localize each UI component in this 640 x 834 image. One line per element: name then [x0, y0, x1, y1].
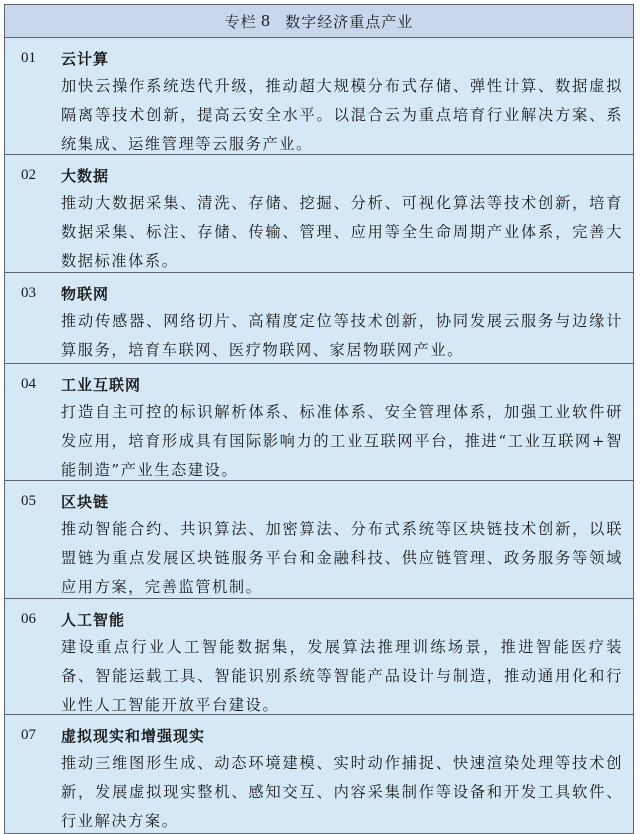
- row-number: 03: [21, 285, 61, 302]
- row-title: 人工智能: [61, 609, 125, 630]
- table-row-industrial-internet: 04 工业互联网 打造自主可控的标识解析体系、标准体系、安全管理体系，加强工业软…: [5, 364, 633, 481]
- row-title: 区块链: [61, 491, 109, 512]
- table-row-cloud: 01 云计算 加快云操作系统迭代升级，推动超大规模分布式存储、弹性计算、数据虚拟…: [5, 38, 633, 155]
- row-body: 打造自主可控的标识解析体系、标准体系、安全管理体系，加强工业软件研发应用，培育形…: [61, 398, 623, 485]
- header-label: 专栏: [225, 11, 257, 32]
- row-body: 加快云操作系统迭代升级，推动超大规模分布式存储、弹性计算、数据虚拟隔离等技术创新…: [61, 72, 623, 159]
- table-row-vr-ar: 07 虚拟现实和增强现实 推动三维图形生成、动态环境建模、实时动作捕捉、快速渲染…: [5, 715, 633, 833]
- row-title: 大数据: [61, 165, 109, 186]
- row-body: 推动大数据采集、清洗、存储、挖掘、分析、可视化算法等技术创新，培育数据采集、标注…: [61, 189, 623, 276]
- row-number: 01: [21, 50, 61, 67]
- row-title: 云计算: [61, 48, 109, 69]
- header-title: 数字经济重点产业: [285, 11, 413, 32]
- industry-table: 专栏 8 数字经济重点产业 01 云计算 加快云操作系统迭代升级，推动超大规模分…: [4, 4, 634, 834]
- row-number: 05: [21, 493, 61, 510]
- header-number: 8: [261, 12, 272, 30]
- row-body: 推动三维图形生成、动态环境建模、实时动作捕捉、快速渲染处理等技术创新，发展虚拟现…: [61, 749, 623, 834]
- row-title: 虚拟现实和增强现实: [61, 725, 205, 746]
- table-row-iot: 03 物联网 推动传感器、网络切片、高精度定位等技术创新，协同发展云服务与边缘计…: [5, 273, 633, 364]
- row-body: 推动传感器、网络切片、高精度定位等技术创新，协同发展云服务与边缘计算服务，培育车…: [61, 307, 623, 365]
- row-number: 04: [21, 376, 61, 393]
- row-number: 06: [21, 611, 61, 628]
- row-body: 推动智能合约、共识算法、加密算法、分布式系统等区块链技术创新，以联盟链为重点发展…: [61, 515, 623, 602]
- table-row-big-data: 02 大数据 推动大数据采集、清洗、存储、挖掘、分析、可视化算法等技术创新，培育…: [5, 155, 633, 273]
- table-row-ai: 06 人工智能 建设重点行业人工智能数据集，发展算法推理训练场景，推进智能医疗装…: [5, 599, 633, 715]
- row-number: 02: [21, 167, 61, 184]
- row-number: 07: [21, 727, 61, 744]
- table-header: 专栏 8 数字经济重点产业: [5, 5, 633, 38]
- row-body: 建设重点行业人工智能数据集，发展算法推理训练场景，推进智能医疗装备、智能运载工具…: [61, 633, 623, 720]
- row-title: 物联网: [61, 283, 109, 304]
- table-row-blockchain: 05 区块链 推动智能合约、共识算法、加密算法、分布式系统等区块链技术创新，以联…: [5, 481, 633, 599]
- row-title: 工业互联网: [61, 374, 141, 395]
